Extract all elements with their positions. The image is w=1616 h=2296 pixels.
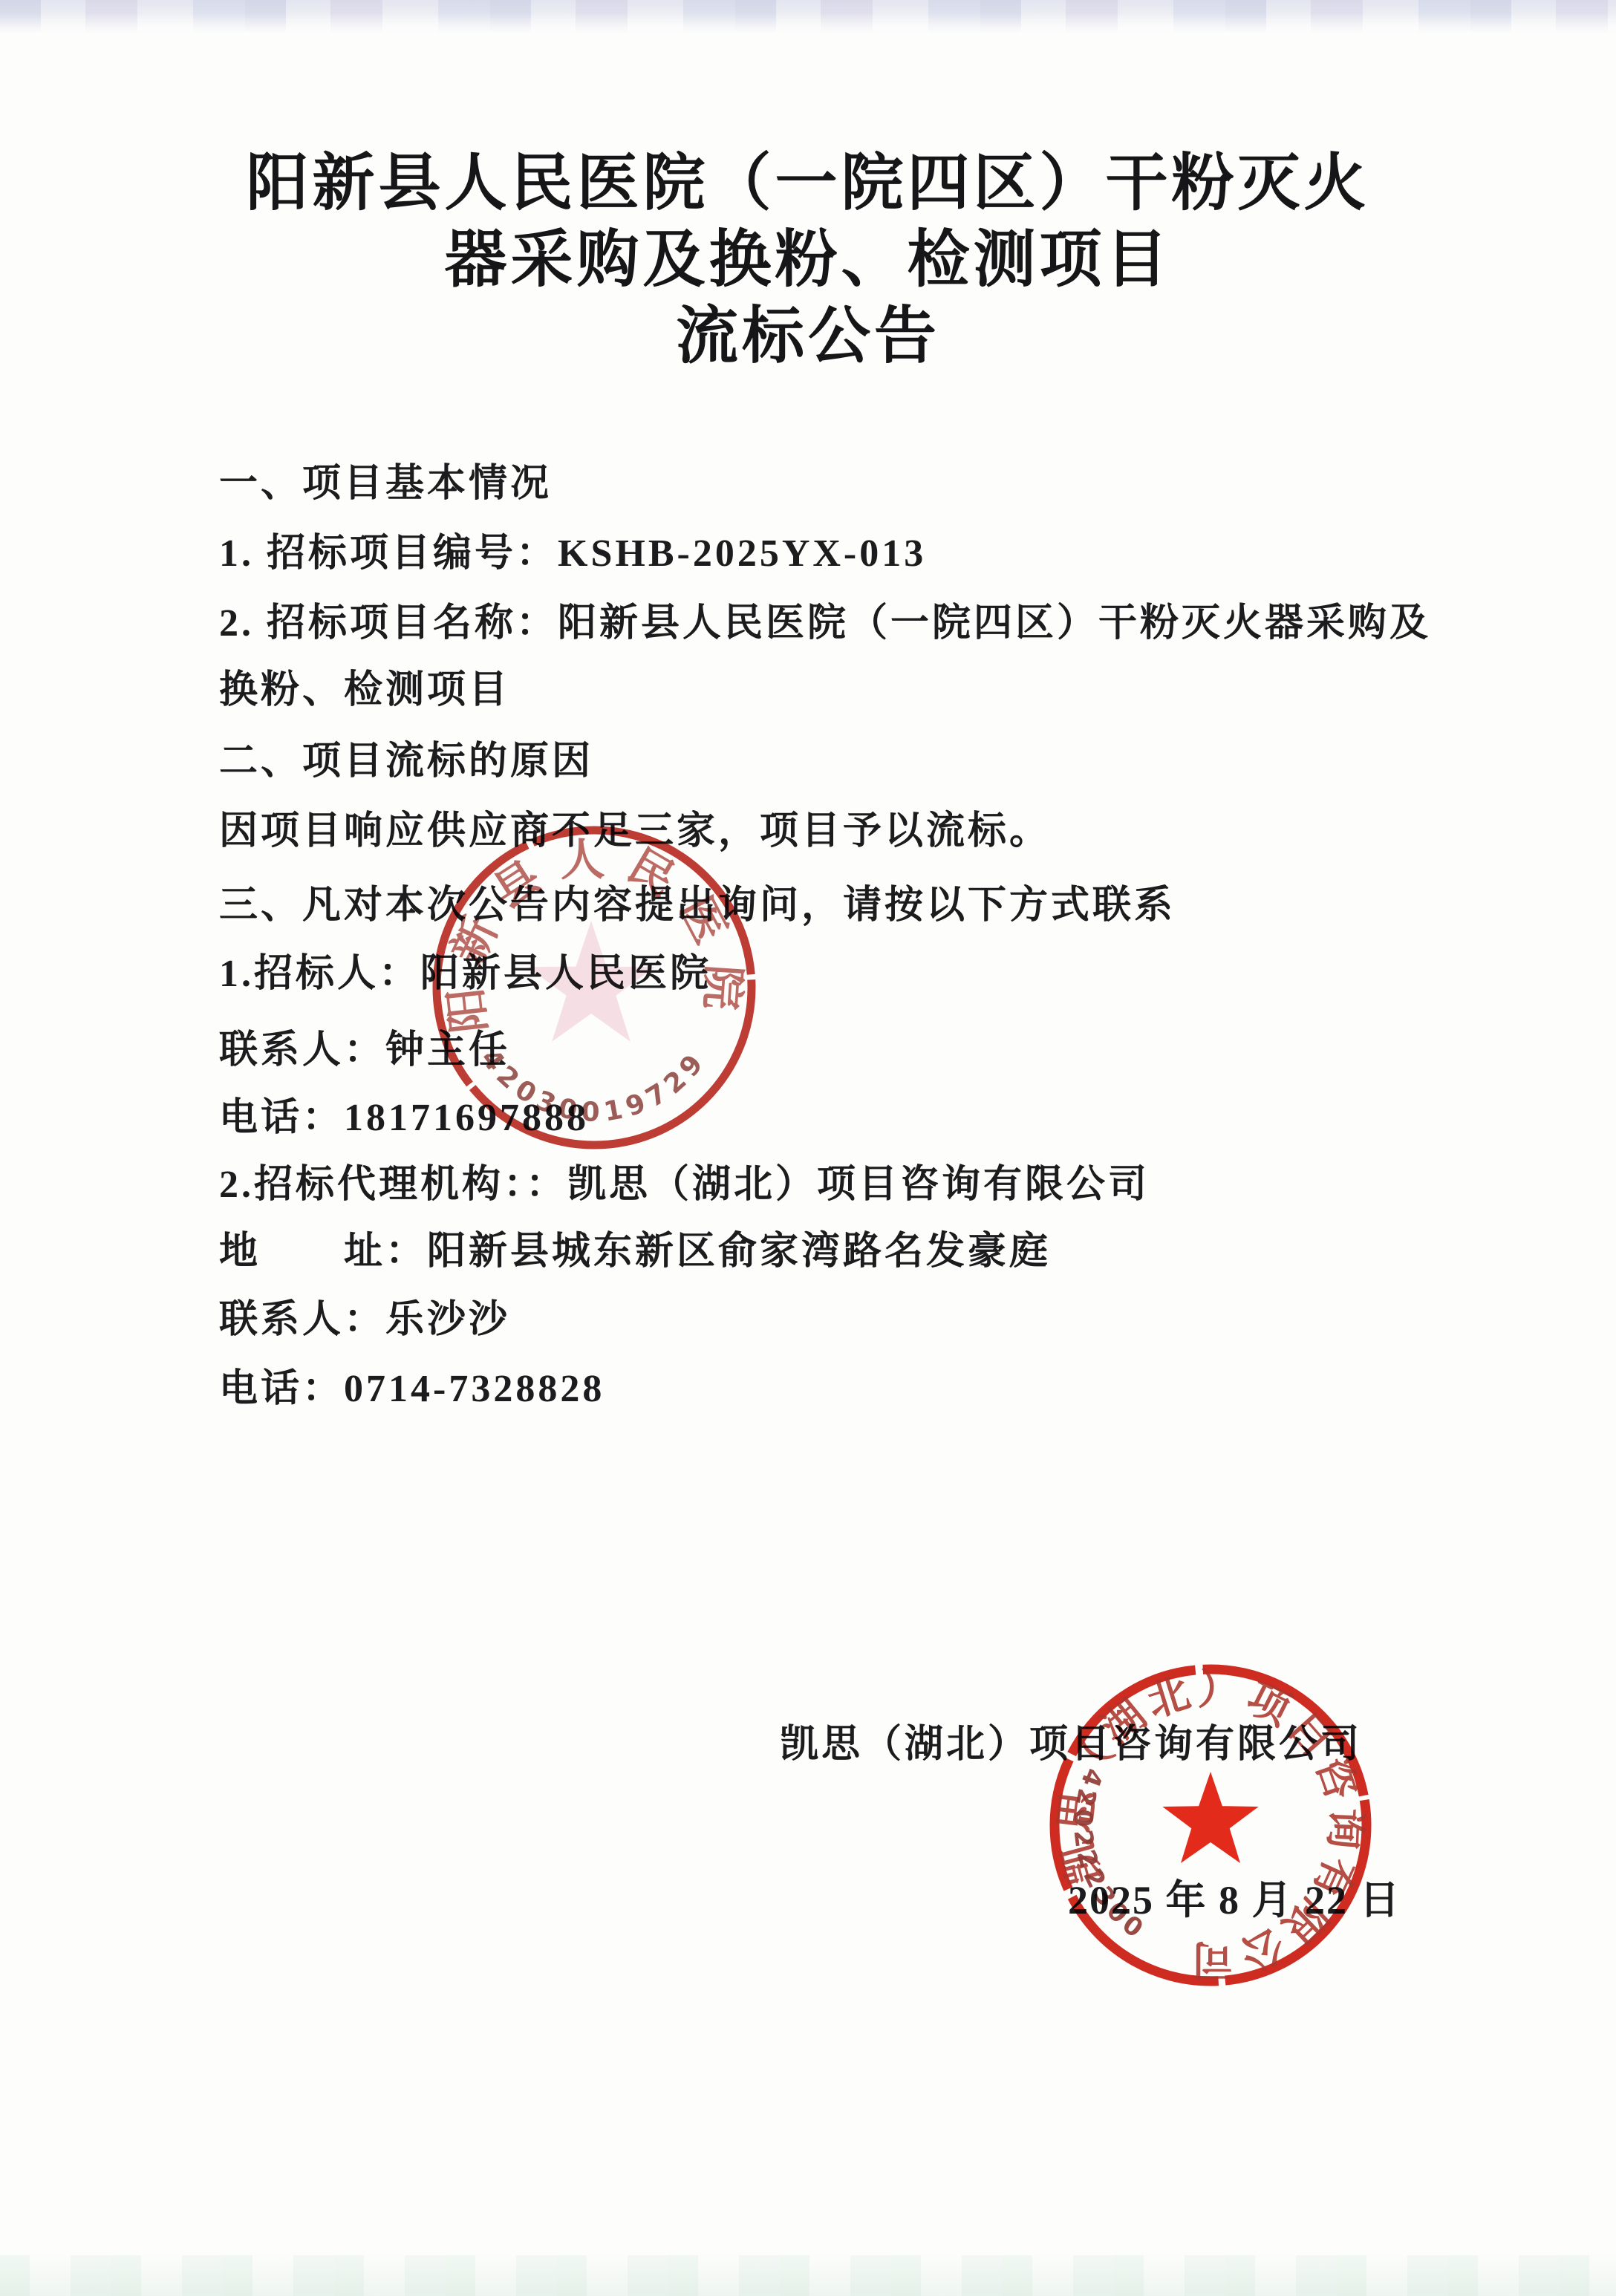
document-title-line-3: 流标公告 — [0, 299, 1616, 375]
agency-address-line: 地 址：阳新县城东新区俞家湾路名发豪庭 — [219, 1230, 1051, 1274]
project-name-line: 2. 招标项目名称：阳新县人民医院（一院四区）干粉灭火器采购及 — [219, 601, 1431, 646]
svg-text:42030019729: 42030019729 — [475, 1044, 713, 1128]
agency-contact-line: 联系人：乐沙沙 — [219, 1298, 510, 1343]
hospital-seal: 阳新县人民医院 42030019729 — [429, 823, 759, 1152]
hospital-seal-code: 42030019729 — [475, 1044, 713, 1128]
agency-line: 2.招标代理机构：：凯思（湖北）项目咨询有限公司 — [219, 1163, 1150, 1207]
agency-phone-line: 电话：0714-7328828 — [219, 1367, 605, 1412]
hospital-seal-star — [527, 921, 654, 1042]
scan-artifact-bottom — [0, 2255, 1616, 2296]
agency-seal-graphic: 凯思（湖北）项目咨询有限公司 420222300794 — [1046, 1660, 1375, 1990]
document-title: 阳新县人民医院（一院四区）干粉灭火 器采购及换粉、检测项目 流标公告 — [0, 146, 1616, 375]
document-title-line-1: 阳新县人民医院（一院四区）干粉灭火 — [0, 146, 1616, 222]
hospital-seal-graphic: 阳新县人民医院 42030019729 — [429, 823, 759, 1152]
announcement-document: 阳新县人民医院（一院四区）干粉灭火 器采购及换粉、检测项目 流标公告 一、项目基… — [0, 0, 1616, 2296]
agency-seal: 凯思（湖北）项目咨询有限公司 420222300794 — [1046, 1660, 1375, 1990]
project-name-line-cont: 换粉、检测项目 — [219, 668, 510, 713]
section-one-heading: 一、项目基本情况 — [219, 462, 552, 506]
document-title-line-2: 器采购及换粉、检测项目 — [0, 222, 1616, 299]
project-number-line: 1. 招标项目编号：KSHB-2025YX-013 — [219, 532, 926, 576]
agency-seal-star — [1162, 1772, 1258, 1863]
scan-artifact-top — [0, 0, 1616, 34]
section-two-heading: 二、项目流标的原因 — [219, 740, 593, 784]
